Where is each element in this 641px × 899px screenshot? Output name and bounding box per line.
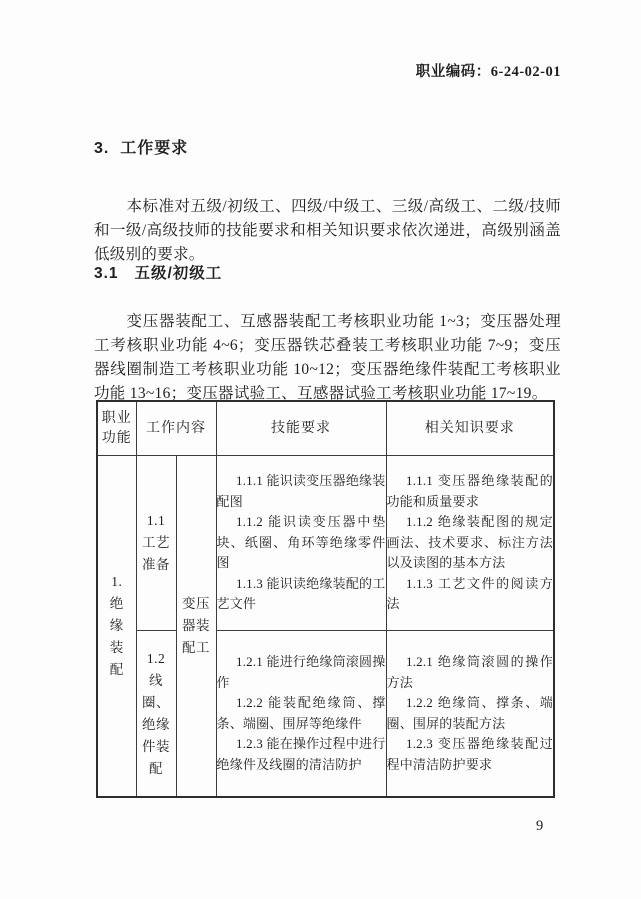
requirement-item: 1.1.1 变压器绝缘装配的功能和质量要求 xyxy=(387,471,554,512)
requirement-item: 1.1.1 能识读变压器绝缘装配图 xyxy=(217,471,386,512)
work-content-cell-1-1: 1.1 工艺 准备 xyxy=(136,456,176,631)
knowledge-cell-1-2: 1.2.1 绝缘筒滚圆的操作方法1.2.2 绝缘筒、撑条、端圈、围屏的装配方法1… xyxy=(386,631,554,798)
requirement-item: 1.1.3 能识读绝缘装配的工艺文件 xyxy=(217,574,386,615)
requirement-item: 1.2.3 能在操作过程中进行绝缘件及线圈的清洁防护 xyxy=(217,734,386,775)
header-work-content: 工作内容 xyxy=(136,401,216,456)
knowledge-cell-1-1: 1.1.1 变压器绝缘装配的功能和质量要求1.1.2 绝缘装配图的规定画法、技术… xyxy=(386,456,554,631)
requirement-item: 1.2.1 绝缘筒滚圆的操作方法 xyxy=(387,652,554,693)
worker-type-cell: 变压 器装 配工 xyxy=(176,456,216,798)
requirement-item: 1.1.2 绝缘装配图的规定画法、技术要求、标注方法以及读图的基本方法 xyxy=(387,512,554,574)
page-number: 9 xyxy=(536,818,543,835)
intro-paragraph: 本标准对五级/初级工、四级/中级工、三级/高级工、二级/技师和一级/高级技师的技… xyxy=(94,195,561,267)
requirement-item: 1.1.2 能识读变压器中垫块、纸圈、角环等绝缘零件图 xyxy=(217,512,386,574)
occupation-function-cell: 1. 绝 缘 装 配 xyxy=(97,456,136,798)
requirement-item: 1.2.2 能装配绝缘筒、撑条、端圈、围屏等绝缘件 xyxy=(217,693,386,734)
header-knowledge-requirements: 相关知识要求 xyxy=(386,401,554,456)
skills-cell-1-2: 1.2.1 能进行绝缘筒滚圆操作1.2.2 能装配绝缘筒、撑条、端圈、围屏等绝缘… xyxy=(216,631,386,798)
work-content-cell-1-2: 1.2 线圈、 绝缘 件装 配 xyxy=(136,631,176,798)
requirements-table: 职业 功能 工作内容 技能要求 相关知识要求 1. 绝 缘 装 配 1.1 工艺… xyxy=(96,400,555,798)
section-heading: 3. 工作要求 xyxy=(94,135,188,158)
header-skill-requirements: 技能要求 xyxy=(216,401,386,456)
header-occupation-function: 职业 功能 xyxy=(97,401,136,456)
requirement-item: 1.1.3 工艺文件的阅读方法 xyxy=(387,574,554,615)
table-row: 1.2 线圈、 绝缘 件装 配 1.2.1 能进行绝缘筒滚圆操作1.2.2 能装… xyxy=(97,631,554,798)
subsection-heading: 3.1 五级/初级工 xyxy=(94,261,222,283)
requirement-item: 1.2.1 能进行绝缘筒滚圆操作 xyxy=(217,652,386,693)
table-header-row: 职业 功能 工作内容 技能要求 相关知识要求 xyxy=(97,401,554,456)
skills-cell-1-1: 1.1.1 能识读变压器绝缘装配图1.1.2 能识读变压器中垫块、纸圈、角环等绝… xyxy=(216,456,386,631)
requirement-item: 1.2.2 绝缘筒、撑条、端圈、围屏的装配方法 xyxy=(387,693,554,734)
document-page: 职业编码：6-24-02-01 3. 工作要求 本标准对五级/初级工、四级/中级… xyxy=(0,0,641,899)
requirement-item: 1.2.3 变压器绝缘装配过程中清洁防护要求 xyxy=(387,734,554,775)
overview-paragraph: 变压器装配工、互感器装配工考核职业功能 1~3；变压器处理工考核职业功能 4~6… xyxy=(94,310,561,406)
occupation-code: 职业编码：6-24-02-01 xyxy=(416,60,561,81)
table-row: 1. 绝 缘 装 配 1.1 工艺 准备 变压 器装 配工 1.1.1 能识读变… xyxy=(97,456,554,631)
